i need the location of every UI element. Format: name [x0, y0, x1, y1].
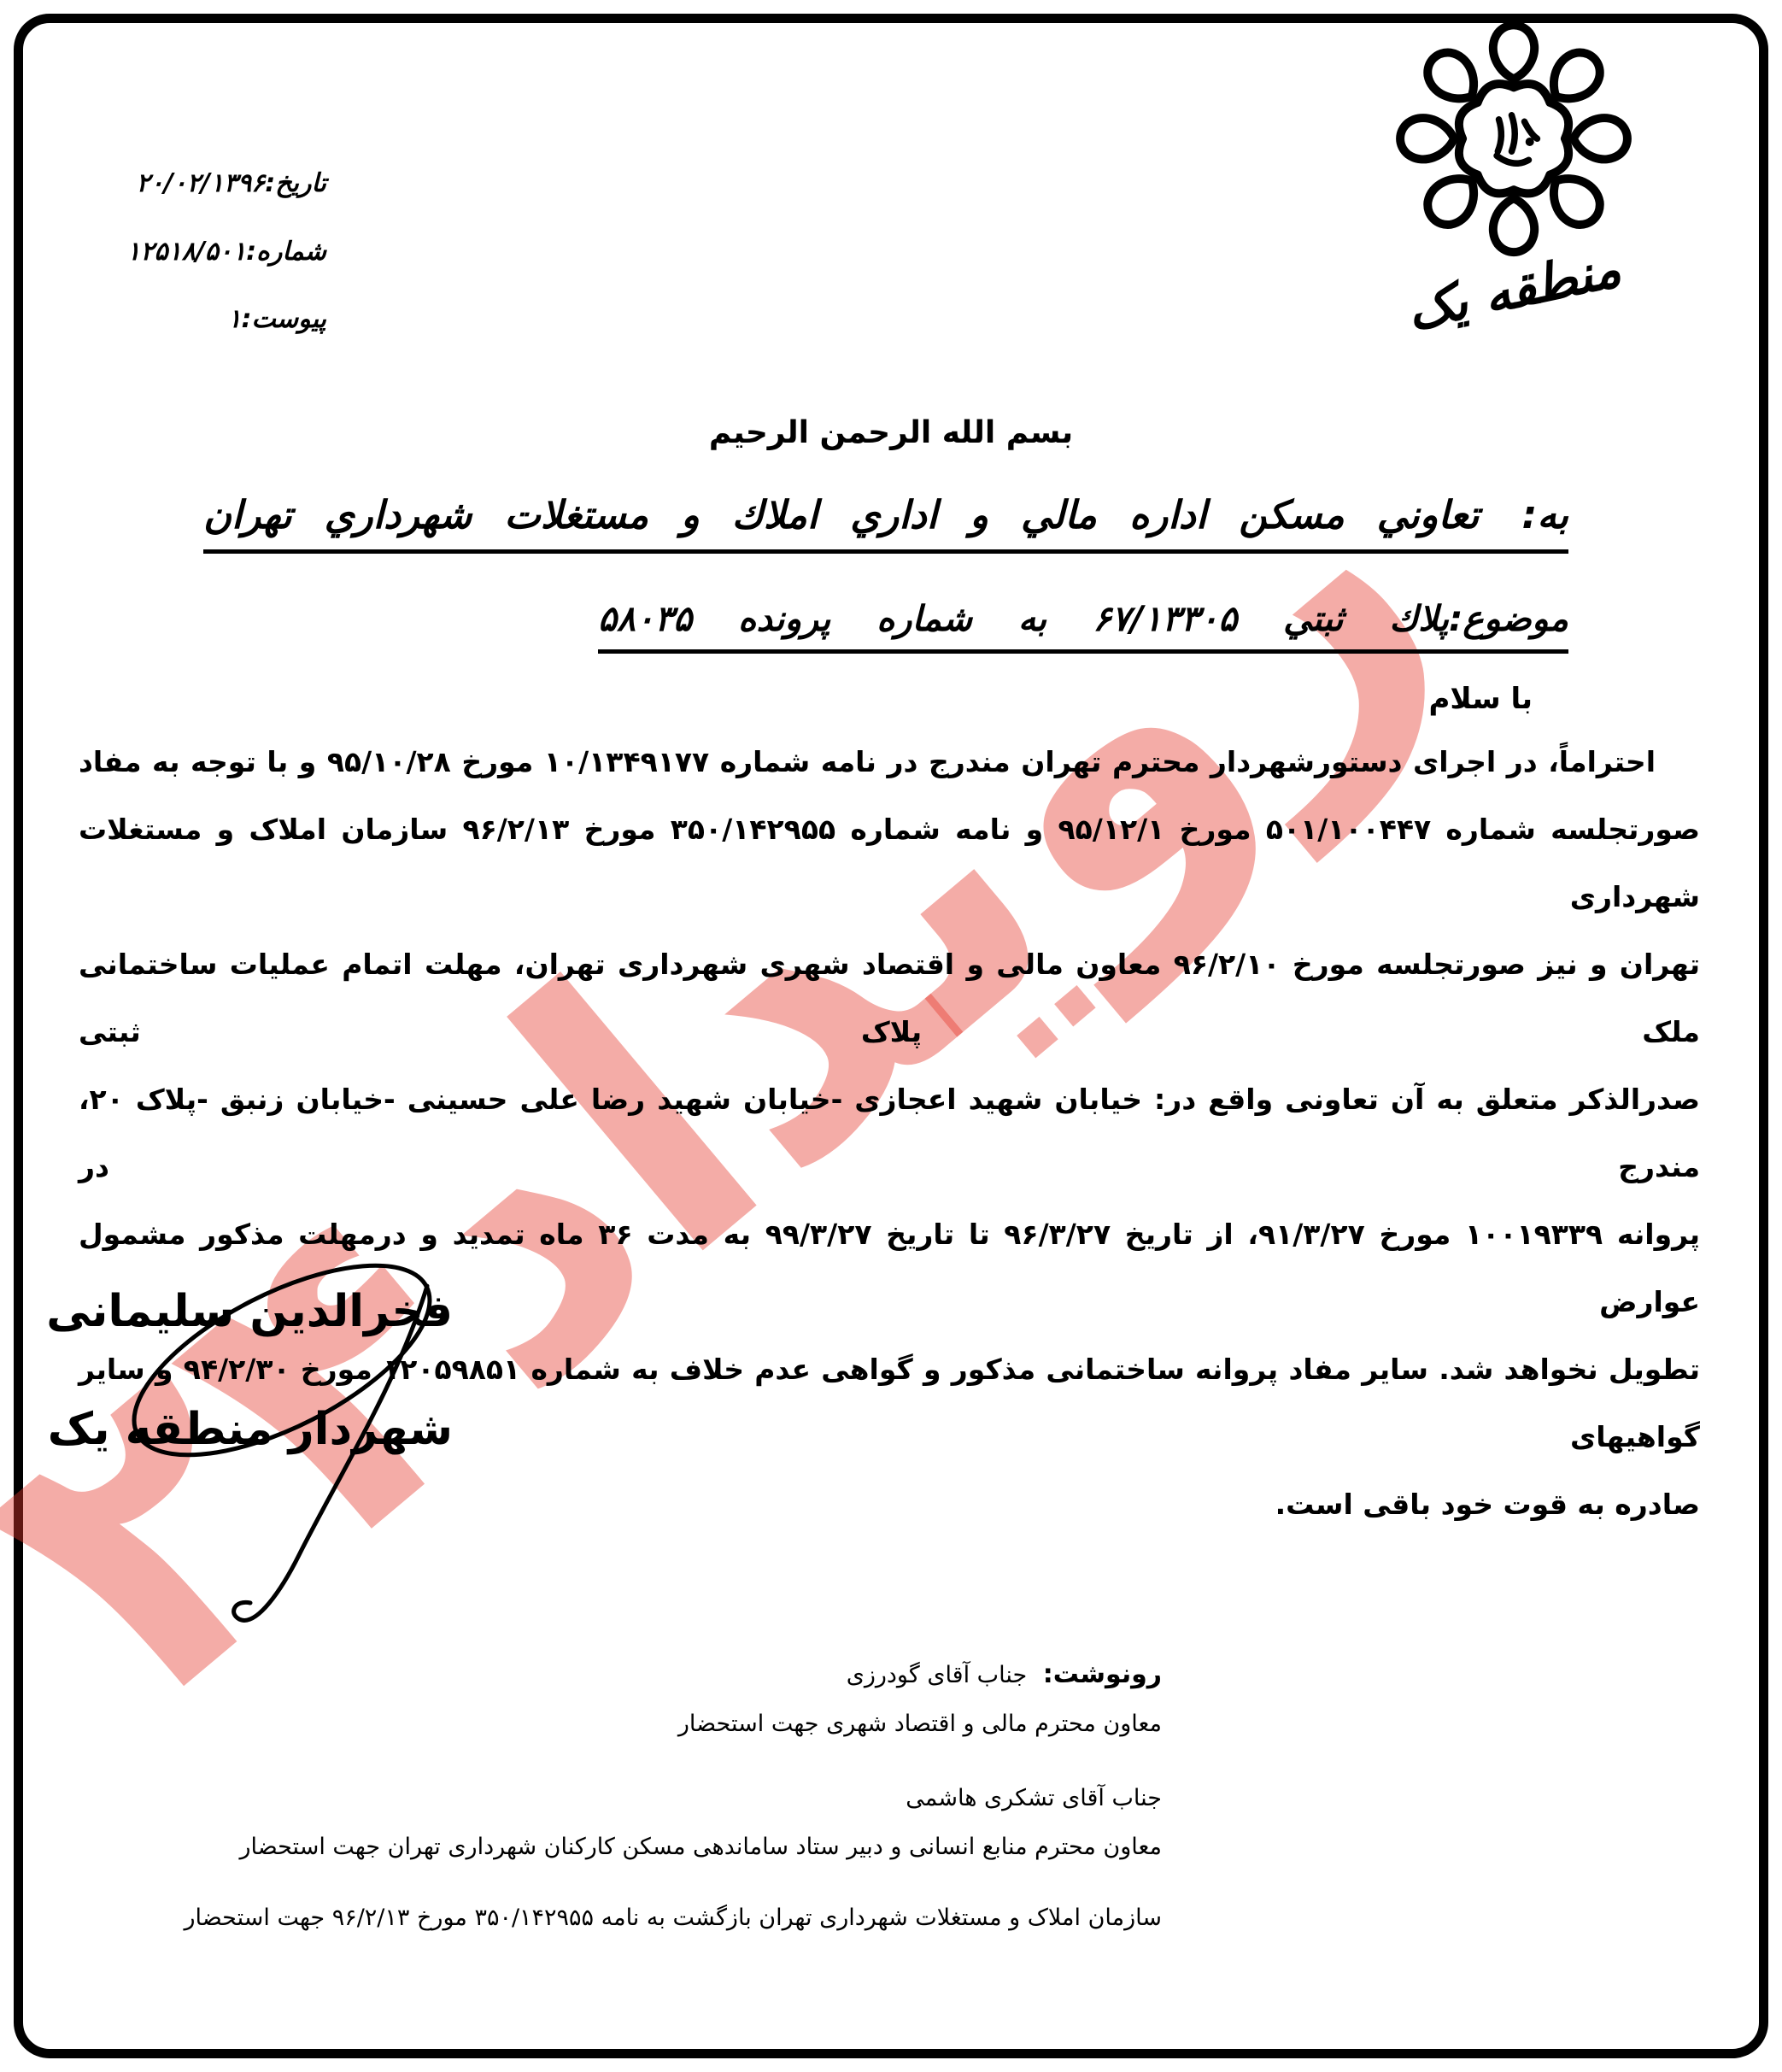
body-line: تهران و نیز صورتجلسه مورخ ۹۶/۲/۱۰ معاون …: [79, 930, 1700, 1065]
date-value: ۲۰/۰۲/۱۳۹۶: [136, 168, 265, 198]
subject-line: موضوع:پلاك ثبتي ۶۷/۱۳۳۰۵ به شماره پرونده…: [598, 598, 1568, 654]
municipality-logo: منطقه یک: [1380, 17, 1647, 320]
subject-text: پلاك ثبتي ۶۷/۱۳۳۰۵ به شماره پرونده ۵۸۰۳۵: [598, 598, 1449, 639]
body-line: صورتجلسه شماره ۵۰۱/۱۰۰۴۴۷ مورخ ۹۵/۱۲/۱ و…: [79, 795, 1700, 930]
number-line: شماره:۱۲۵۱۸/۵۰۱: [51, 236, 326, 268]
cc-recipient: رونوشت: جناب آقای گودرزی: [184, 1656, 1162, 1693]
cc-recipient-desc: معاون محترم مالی و اقتصاد شهری جهت استحض…: [184, 1707, 1162, 1740]
salutation: با سلام: [1428, 682, 1533, 716]
body-line: صدرالذکر متعلق به آن تعاونی واقع در: خیا…: [79, 1065, 1700, 1200]
date-label: تاریخ:: [265, 168, 326, 198]
municipality-emblem-icon: [1386, 17, 1642, 262]
cc-recipient: جناب آقای تشکری هاشمی: [184, 1781, 1162, 1815]
to-label: به:: [1521, 492, 1568, 537]
cc-recipient: سازمان املاک و مستغلات شهرداری تهران باز…: [184, 1901, 1162, 1934]
number-value: ۱۲۵۱۸/۵۰۱: [126, 237, 246, 267]
bismillah: بسم الله الرحمن الرحیم: [0, 415, 1782, 450]
addressee-line: به: تعاوني مسكن اداره مالي و اداري املاك…: [203, 492, 1568, 554]
cc-section: رونوشت: جناب آقای گودرزی معاون محترم مال…: [184, 1656, 1162, 1934]
cc-label: رونوشت:: [1043, 1659, 1162, 1689]
subject-label: موضوع:: [1449, 598, 1568, 639]
cc-recipient-desc: معاون محترم منابع انسانی و دبیر ستاد سام…: [184, 1830, 1162, 1864]
body-line: احتراماً، در اجرای دستورشهردار محترم تهر…: [79, 728, 1700, 795]
cc-recipient-name: جناب آقای گودرزی: [847, 1662, 1027, 1688]
to-text: تعاوني مسكن اداره مالي و اداري املاك و م…: [203, 492, 1479, 537]
attachment-line: پیوست:۱: [51, 303, 326, 336]
number-label: شماره:: [246, 237, 326, 267]
attachment-label: پیوست:: [242, 304, 327, 334]
letter-meta: تاریخ:۲۰/۰۲/۱۳۹۶ شماره:۱۲۵۱۸/۵۰۱ پیوست:۱: [51, 167, 326, 372]
signature-scribble: [38, 1222, 483, 1649]
attachment-value: ۱: [227, 304, 241, 334]
letter-document: رویداد۲۴ تاریخ:۲۰/۰۲/۱۳۹۶ شماره:۱۲۵۱۸/۵۰…: [0, 0, 1782, 2072]
date-line: تاریخ:۲۰/۰۲/۱۳۹۶: [51, 167, 326, 200]
